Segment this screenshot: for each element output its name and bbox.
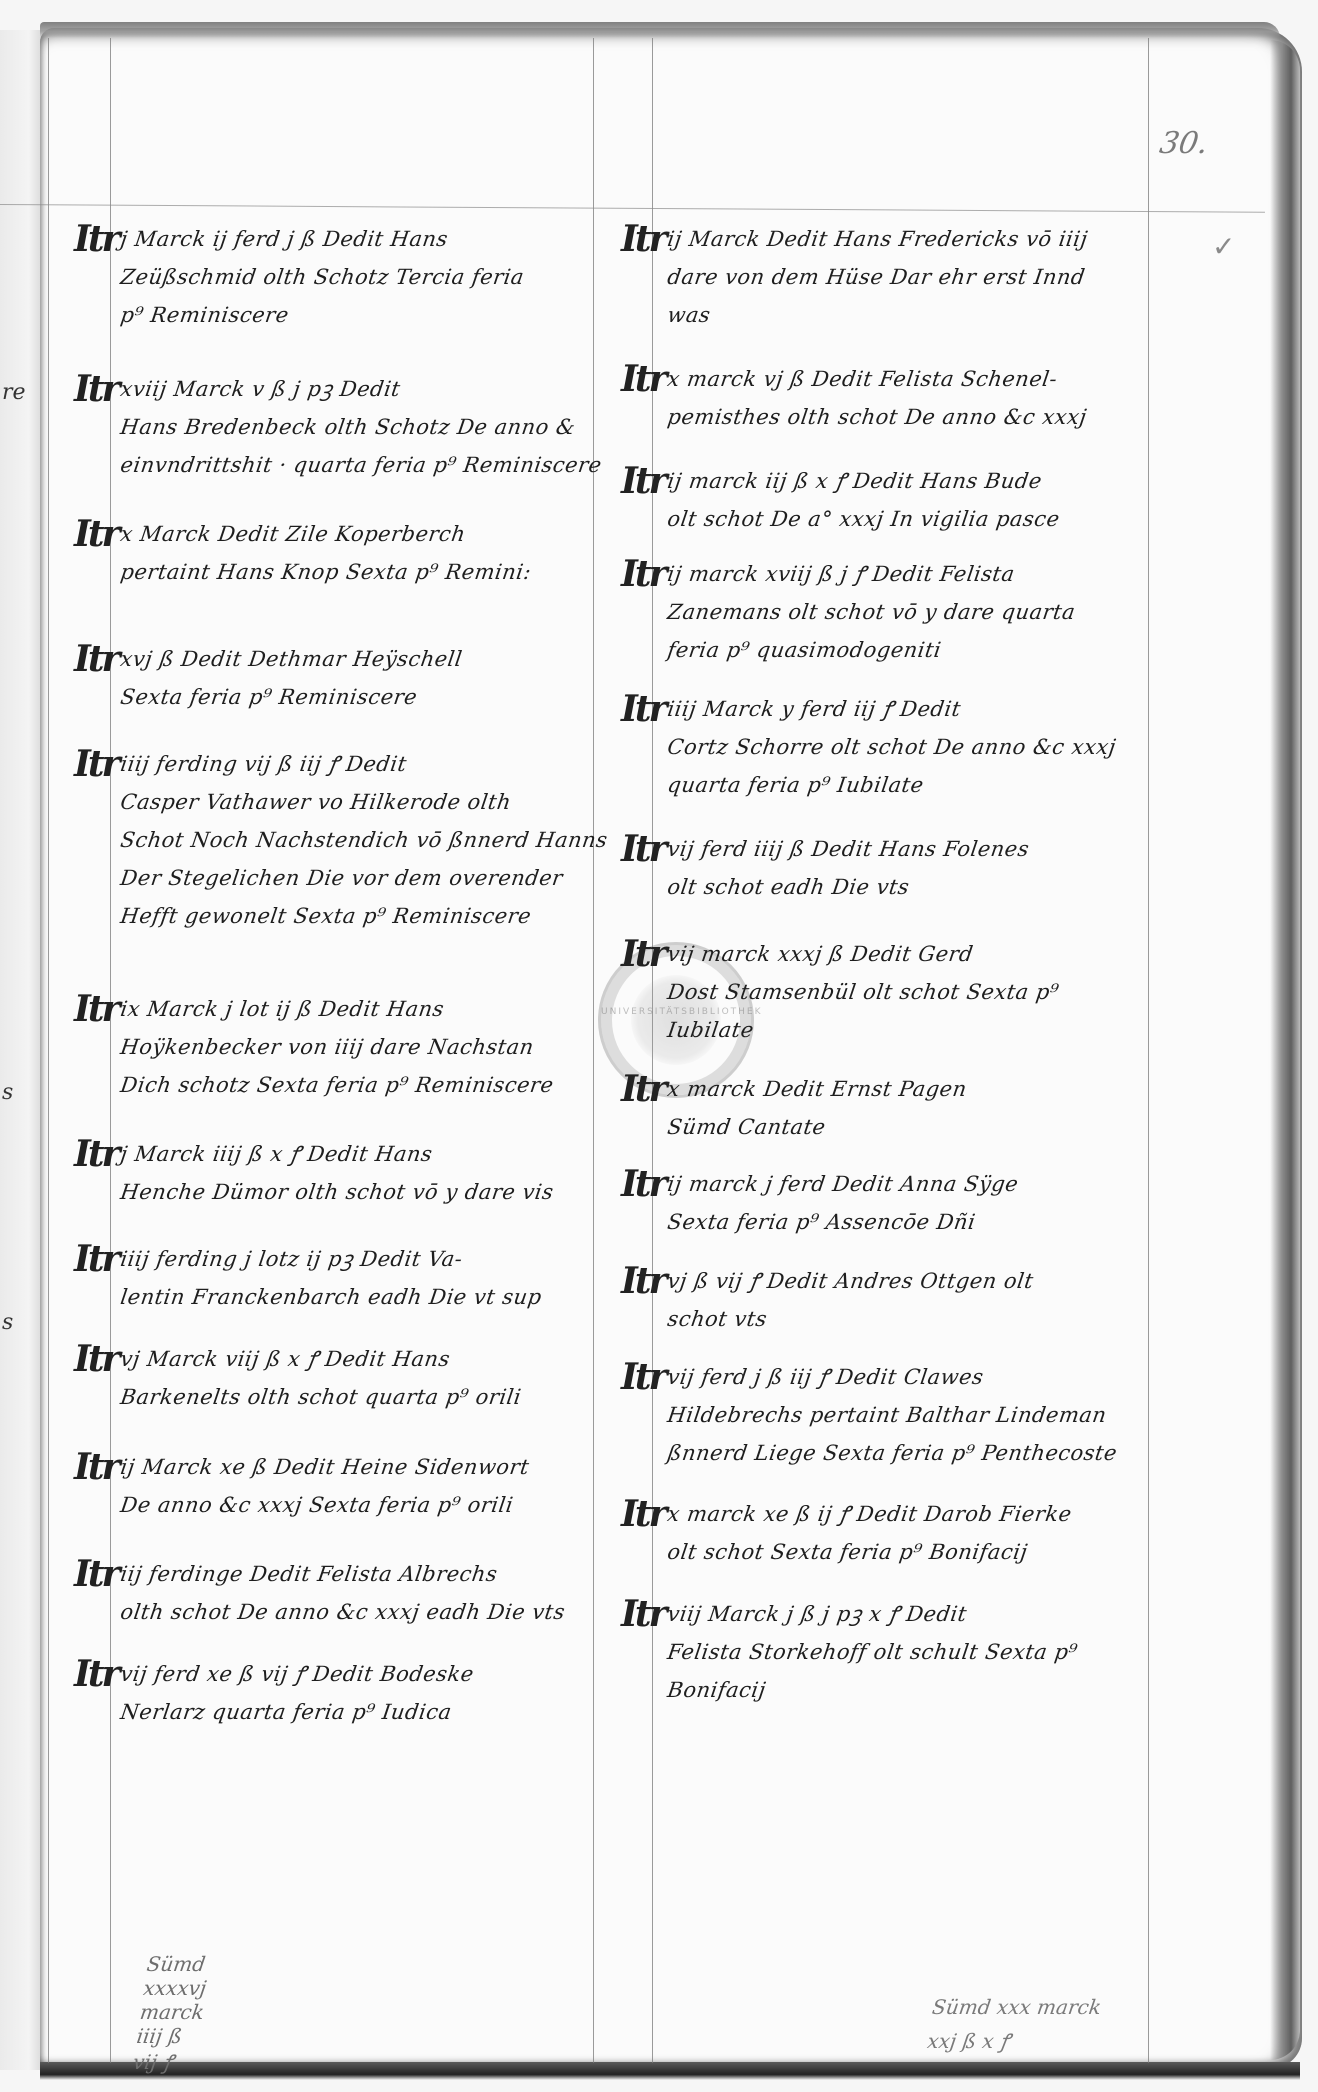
item-mark: Itr [621, 1493, 664, 1535]
entry-line: vij ferd j ß iij ꝭ Dedit Clawes [665, 1358, 1120, 1396]
entry-line: feria p⁹ quasimodogeniti [665, 631, 1078, 669]
entry-line: ij marck iij ß x ꝭ Dedit Hans Bude [665, 462, 1062, 500]
entry-line: ij Marck Dedit Hans Fredericks vō iiij [665, 220, 1090, 258]
item-mark: Itr [74, 513, 117, 555]
item-mark: Itr [621, 553, 664, 595]
item-mark: Itr [74, 1553, 117, 1595]
entry-line: dare von dem Hüse Dar ehr erst Innd [665, 258, 1090, 296]
item-mark: Itr [621, 218, 664, 260]
entry-line: Bonifacij [665, 1671, 1080, 1709]
item-mark: Itr [74, 1653, 117, 1695]
ledger-entry: Itr vij marck xxxj ß Dedit Gerd Dost Sta… [665, 935, 1056, 1049]
entry-line: iiij ferding vij ß iij ꝭ Dedit [118, 745, 610, 783]
entry-line: Cortz Schorre olt schot De anno &c xxxj [665, 728, 1119, 766]
total-line: Sümd xxx marck [930, 1990, 1195, 2024]
item-mark: Itr [74, 1338, 117, 1380]
ledger-entry: Itr vij ferd j ß iij ꝭ Dedit Clawes Hild… [665, 1358, 1114, 1472]
ledger-entry: Itr xvj ß Dedit Dethmar Heÿschell Sexta … [118, 640, 460, 716]
entry-line: ix Marck j lot ij ß Dedit Hans [118, 990, 556, 1028]
ledger-entry: Itr iiij Marck y ferd iij ꝭ Dedit Cortz … [665, 690, 1113, 804]
entry-line: x marck vj ß Dedit Felista Schenel- [665, 360, 1089, 398]
item-mark: Itr [74, 743, 117, 785]
entry-line: vj Marck viij ß x ꝭ Dedit Hans [118, 1340, 524, 1378]
entry-line: iiij ferding j lotz ij pꝫ Dedit Va- [118, 1240, 544, 1278]
entry-line: vij marck xxxj ß Dedit Gerd [665, 935, 1062, 973]
entry-line: j Marck iiij ß x ꝭ Dedit Hans [118, 1135, 556, 1173]
item-mark: Itr [74, 638, 117, 680]
entry-line: p⁹ Reminiscere [118, 296, 527, 334]
page-right-edge [1270, 40, 1300, 2060]
entry-line: Hefft gewonelt Sexta p⁹ Reminiscere [118, 897, 610, 935]
right-column-rule [1148, 38, 1149, 2063]
right-column-total: Sümd xxx marck xxj ß x ꝭ [925, 1990, 1195, 2058]
entry-line: Zeüßschmid olth Schotz Tercia feria [118, 258, 527, 296]
entry-line: pertaint Hans Knop Sexta p⁹ Remini: [118, 553, 534, 591]
entry-line: x Marck Dedit Zile Koperberch [118, 515, 534, 553]
entry-line: vij ferd xe ß vij ꝭ Dedit Bodeske [118, 1655, 476, 1693]
item-mark: Itr [74, 368, 117, 410]
item-mark: Itr [621, 828, 664, 870]
entry-line: iiij Marck y ferd iij ꝭ Dedit [665, 690, 1119, 728]
entry-line: viij Marck j ß j pꝫ x ꝭ Dedit [665, 1595, 1080, 1633]
facing-margin-note: s [2, 1310, 13, 1335]
ledger-entry: Itr ij Marck xe ß Dedit Heine Sidenwort … [118, 1448, 527, 1524]
ledger-entry: Itr j Marck ij ferd j ß Dedit Hans Zeüßs… [118, 220, 521, 334]
entry-line: olth schot De anno &c xxxj eadh Die vts [118, 1593, 568, 1631]
ledger-entry: Itr vij ferd iiij ß Dedit Hans Folenes o… [665, 830, 1026, 906]
entry-line: Dost Stamsenbül olt schot Sexta p⁹ [665, 973, 1062, 1011]
entry-line: Sümd Cantate [665, 1108, 969, 1146]
facing-margin-note: re [2, 380, 26, 405]
item-mark: Itr [621, 933, 664, 975]
entry-line: ij marck xviij ß j ꝭ Dedit Felista [665, 555, 1078, 593]
entry-line: xvj ß Dedit Dethmar Heÿschell [118, 640, 465, 678]
entry-line: olt schot eadh Die vts [665, 868, 1032, 906]
item-mark: Itr [74, 218, 117, 260]
entry-line: Hoÿkenbecker von iiij dare Nachstan [118, 1028, 556, 1066]
entry-line: Iubilate [665, 1011, 1062, 1049]
ledger-entry: Itr ij Marck Dedit Hans Fredericks vō ii… [665, 220, 1085, 334]
entry-line: ij Marck xe ß Dedit Heine Sidenwort [118, 1448, 532, 1486]
ledger-entry: Itr x Marck Dedit Zile Koperberch pertai… [118, 515, 529, 591]
item-mark: Itr [621, 358, 664, 400]
item-mark: Itr [621, 688, 664, 730]
ledger-entry: Itr vj ß vij ꝭ Dedit Andres Ottgen olt s… [665, 1262, 1031, 1338]
item-mark: Itr [621, 1260, 664, 1302]
entry-line: ßnnerd Liege Sexta feria p⁹ Penthecoste [665, 1434, 1120, 1472]
ledger-entry: Itr iiij ferding vij ß iij ꝭ Dedit Caspe… [118, 745, 605, 935]
ledger-entry: Itr vj Marck viij ß x ꝭ Dedit Hans Barke… [118, 1340, 519, 1416]
entry-line: Der Stegelichen Die vor dem overender [118, 859, 610, 897]
entry-line: ij marck j ferd Dedit Anna Sÿge [665, 1165, 1021, 1203]
item-mark: Itr [74, 988, 117, 1030]
entry-line: olt schot De a° xxxj In vigilia pasce [665, 500, 1062, 538]
item-mark: Itr [621, 1593, 664, 1635]
item-mark: Itr [621, 460, 664, 502]
center-left-rule [593, 38, 594, 2063]
entry-line: De anno &c xxxj Sexta feria p⁹ orili [118, 1486, 532, 1524]
ledger-entry: Itr x marck Dedit Ernst Pagen Sümd Canta… [665, 1070, 964, 1146]
entry-line: j Marck ij ferd j ß Dedit Hans [118, 220, 527, 258]
entry-line: xviij Marck v ß j pꝫ Dedit [118, 370, 604, 408]
folio-number: 30. [1157, 126, 1211, 161]
entry-line: vij ferd iiij ß Dedit Hans Folenes [665, 830, 1032, 868]
entry-line: einvndrittshit · quarta feria p⁹ Reminis… [118, 446, 604, 484]
facing-margin-note: s [2, 1080, 13, 1105]
entry-line: Nerlarz quarta feria p⁹ Iudica [118, 1693, 476, 1731]
entry-line: schot vts [665, 1300, 1036, 1338]
ledger-entry: Itr ix Marck j lot ij ß Dedit Hans Hoÿke… [118, 990, 551, 1104]
entry-line: Zanemans olt schot vō y dare quarta [665, 593, 1078, 631]
entry-line: Felista Storkehoff olt schult Sexta p⁹ [665, 1633, 1080, 1671]
entry-line: Schot Noch Nachstendich vō ßnnerd Hanns [118, 821, 610, 859]
item-mark: Itr [74, 1446, 117, 1488]
ledger-entry: Itr vij ferd xe ß vij ꝭ Dedit Bodeske Ne… [118, 1655, 471, 1731]
item-mark: Itr [621, 1356, 664, 1398]
entry-line: Sexta feria p⁹ Reminiscere [118, 678, 465, 716]
entry-line: pemisthes olth schot De anno &c xxxj [665, 398, 1089, 436]
entry-line: Henche Dümor olth schot vō y dare vis [118, 1173, 556, 1211]
ledger-entry: Itr x marck vj ß Dedit Felista Schenel- … [665, 360, 1084, 436]
entry-line: Dich schotz Sexta feria p⁹ Reminiscere [118, 1066, 556, 1104]
manuscript-scan: re s s 30. ✓ UNIVERSITÄTSBIBLIOTHEK Itr … [0, 0, 1318, 2092]
entry-line: iij ferdinge Dedit Felista Albrechs [118, 1555, 568, 1593]
ledger-entry: Itr ij marck j ferd Dedit Anna Sÿge Sext… [665, 1165, 1016, 1241]
entry-line: Casper Vathawer vo Hilkerode olth [118, 783, 610, 821]
entry-line: x marck Dedit Ernst Pagen [665, 1070, 969, 1108]
item-mark: Itr [621, 1068, 664, 1110]
ledger-entry: Itr ij marck xviij ß j ꝭ Dedit Felista Z… [665, 555, 1073, 669]
page-top-edge [40, 22, 1280, 38]
item-mark: Itr [621, 1163, 664, 1205]
entry-line: x marck xe ß ij ꝭ Dedit Darob Fierke [665, 1495, 1074, 1533]
ledger-entry: Itr ij marck iij ß x ꝭ Dedit Hans Bude o… [665, 462, 1057, 538]
item-mark: Itr [74, 1238, 117, 1280]
entry-line: Hildebrechs pertaint Balthar Lindeman [665, 1396, 1120, 1434]
ledger-entry: Itr viij Marck j ß j pꝫ x ꝭ Dedit Felist… [665, 1595, 1075, 1709]
ledger-entry: Itr xviij Marck v ß j pꝫ Dedit Hans Bred… [118, 370, 599, 484]
entry-line: Barkenelts olth schot quarta p⁹ orili [118, 1378, 524, 1416]
entry-line: Hans Bredenbeck olth Schotz De anno & [118, 408, 604, 446]
ledger-entry: Itr j Marck iiij ß x ꝭ Dedit Hans Henche… [118, 1135, 551, 1211]
entry-line: quarta feria p⁹ Iubilate [665, 766, 1119, 804]
margin-rule [48, 38, 49, 2063]
entry-line: was [665, 296, 1090, 334]
entry-line: vj ß vij ꝭ Dedit Andres Ottgen olt [665, 1262, 1036, 1300]
ledger-entry: Itr x marck xe ß ij ꝭ Dedit Darob Fierke… [665, 1495, 1069, 1571]
entry-line: lentin Franckenbarch eadh Die vt sup [118, 1278, 544, 1316]
entry-line: Sexta feria p⁹ Assencōe Dñi [665, 1203, 1021, 1241]
check-mark-icon: ✓ [1212, 230, 1235, 263]
total-line: xxj ß x ꝭ [925, 2024, 1190, 2058]
item-mark: Itr [74, 1133, 117, 1175]
ledger-entry: Itr iij ferdinge Dedit Felista Albrechs … [118, 1555, 562, 1631]
entry-line: olt schot Sexta feria p⁹ Bonifacij [665, 1533, 1074, 1571]
ledger-entry: Itr iiij ferding j lotz ij pꝫ Dedit Va- … [118, 1240, 539, 1316]
left-column-rule [110, 38, 111, 2063]
page-bottom-edge [40, 2062, 1300, 2080]
